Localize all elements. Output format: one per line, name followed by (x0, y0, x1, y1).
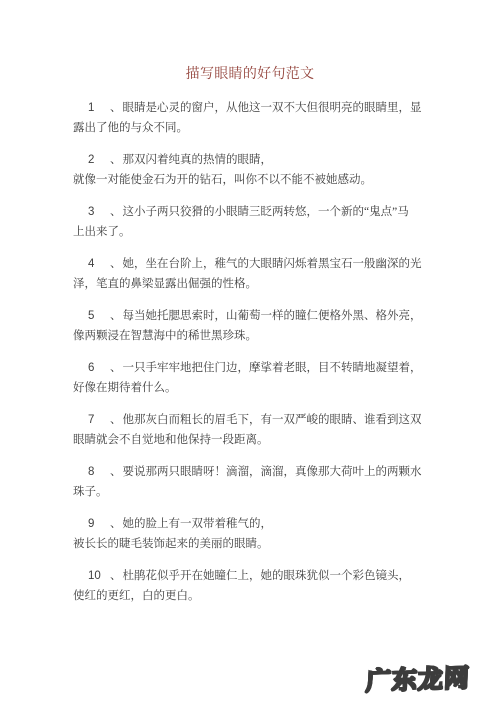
item-continuation-line: 露出了他的与众不同。 (73, 118, 428, 138)
item-continuation-line: 像两颗浸在智慧海中的稀世黑珍珠。 (73, 326, 428, 346)
item-text: 使红的更红，白的更白。 (73, 590, 200, 602)
item-continuation-line: 上出来了。 (73, 222, 428, 242)
item-enumerator-mark: 、 (110, 414, 122, 426)
item-text: 眼睛就会不自觉地和他保持一段距离。 (73, 434, 269, 446)
item-text: 她的脸上有一双带着稚气的， (123, 518, 273, 530)
list-item: 5、每当她托腮思索时，山葡萄一样的瞳仁便格外黑、格外亮，像两颗浸在智慧海中的稀世… (73, 306, 428, 346)
item-continuation-line: 好像在期待着什么。 (73, 378, 428, 398)
list-item: 2、那双闪着纯真的热情的眼睛，就像一对能使金石为开的钻石，叫你不以不能不被她感动… (73, 150, 428, 190)
list-item: 1、眼睛是心灵的窗户，从他这一双不大但很明亮的眼睛里，显露出了他的与众不同。 (73, 98, 428, 138)
item-enumerator-mark: 、 (110, 154, 122, 166)
page-title: 描写眼睛的好句范文 (0, 63, 500, 83)
item-text: 这小子两只狡猾的小眼睛三眨两转悠，一个新的“鬼点”马 (123, 206, 409, 218)
item-enumerator-mark: 、 (110, 102, 122, 114)
item-first-line: 8、要说那两只眼睛呀！滴溜，滴溜，真像那大荷叶上的两颗水 (73, 462, 428, 482)
item-number: 9 (88, 514, 102, 534)
list-item: 6、一只手牢牢地把住门边，摩挲着老眼，目不转睛地凝望着，好像在期待着什么。 (73, 358, 428, 398)
item-continuation-line: 就像一对能使金石为开的钻石，叫你不以不能不被她感动。 (73, 170, 428, 190)
item-text: 要说那两只眼睛呀！滴溜，滴溜，真像那大荷叶上的两颗水 (123, 466, 422, 478)
item-text: 他那灰白而粗长的眉毛下，有一双严峻的眼睛、谁看到这双 (123, 414, 422, 426)
item-continuation-line: 泽，笔直的鼻梁显露出倔强的性格。 (73, 274, 428, 294)
item-first-line: 9、她的脸上有一双带着稚气的， (73, 514, 428, 534)
watermark: 广东龙网 (357, 658, 478, 698)
item-continuation-line: 使红的更红，白的更白。 (73, 586, 428, 606)
item-first-line: 2、那双闪着纯真的热情的眼睛， (73, 150, 428, 170)
list-item: 8、要说那两只眼睛呀！滴溜，滴溜，真像那大荷叶上的两颗水珠子。 (73, 462, 428, 502)
item-text: 被长长的睫毛装饰起来的美丽的眼睛。 (73, 538, 269, 550)
item-text: 像两颗浸在智慧海中的稀世黑珍珠。 (73, 330, 257, 342)
item-enumerator-mark: 、 (110, 570, 122, 582)
list-item: 10、杜鹃花似乎开在她瞳仁上，她的眼珠犹似一个彩色镜头，使红的更红，白的更白。 (73, 566, 428, 606)
item-text: 就像一对能使金石为开的钻石，叫你不以不能不被她感动。 (73, 174, 372, 186)
sentence-list: 1、眼睛是心灵的窗户，从他这一双不大但很明亮的眼睛里，显露出了他的与众不同。2、… (73, 98, 428, 618)
item-number: 7 (88, 410, 102, 430)
item-enumerator-mark: 、 (110, 518, 122, 530)
item-first-line: 4、她，坐在台阶上，稚气的大眼睛闪烁着黑宝石一般幽深的光 (73, 254, 428, 274)
item-text: 杜鹃花似乎开在她瞳仁上，她的眼珠犹似一个彩色镜头， (123, 570, 411, 582)
item-first-line: 5、每当她托腮思索时，山葡萄一样的瞳仁便格外黑、格外亮， (73, 306, 428, 326)
item-number: 4 (88, 254, 102, 274)
item-continuation-line: 被长长的睫毛装饰起来的美丽的眼睛。 (73, 534, 428, 554)
item-enumerator-mark: 、 (110, 206, 122, 218)
item-enumerator-mark: 、 (110, 362, 122, 374)
document-page: 描写眼睛的好句范文 1、眼睛是心灵的窗户，从他这一双不大但很明亮的眼睛里，显露出… (0, 0, 500, 707)
item-text: 珠子。 (73, 486, 108, 498)
item-number: 6 (88, 358, 102, 378)
item-first-line: 1、眼睛是心灵的窗户，从他这一双不大但很明亮的眼睛里，显 (73, 98, 428, 118)
item-text: 那双闪着纯真的热情的眼睛， (123, 154, 273, 166)
item-number: 10 (88, 566, 102, 586)
list-item: 7、他那灰白而粗长的眉毛下，有一双严峻的眼睛、谁看到这双眼睛就会不自觉地和他保持… (73, 410, 428, 450)
item-continuation-line: 珠子。 (73, 482, 428, 502)
item-text: 泽，笔直的鼻梁显露出倔强的性格。 (73, 278, 257, 290)
item-text: 露出了他的与众不同。 (73, 122, 188, 134)
list-item: 4、她，坐在台阶上，稚气的大眼睛闪烁着黑宝石一般幽深的光泽，笔直的鼻梁显露出倔强… (73, 254, 428, 294)
item-enumerator-mark: 、 (110, 310, 122, 322)
item-number: 3 (88, 202, 102, 222)
item-enumerator-mark: 、 (110, 258, 122, 270)
item-text: 她，坐在台阶上，稚气的大眼睛闪烁着黑宝石一般幽深的光 (123, 258, 422, 270)
item-number: 8 (88, 462, 102, 482)
list-item: 9、她的脸上有一双带着稚气的，被长长的睫毛装饰起来的美丽的眼睛。 (73, 514, 428, 554)
item-text: 每当她托腮思索时，山葡萄一样的瞳仁便格外黑、格外亮， (123, 310, 422, 322)
item-first-line: 3、这小子两只狡猾的小眼睛三眨两转悠，一个新的“鬼点”马 (73, 202, 428, 222)
item-text: 眼睛是心灵的窗户，从他这一双不大但很明亮的眼睛里，显 (123, 102, 422, 114)
item-first-line: 7、他那灰白而粗长的眉毛下，有一双严峻的眼睛、谁看到这双 (73, 410, 428, 430)
item-text: 一只手牢牢地把住门边，摩挲着老眼，目不转睛地凝望着， (123, 362, 422, 374)
item-first-line: 10、杜鹃花似乎开在她瞳仁上，她的眼珠犹似一个彩色镜头， (73, 566, 428, 586)
item-first-line: 6、一只手牢牢地把住门边，摩挲着老眼，目不转睛地凝望着， (73, 358, 428, 378)
item-text: 好像在期待着什么。 (73, 382, 177, 394)
item-number: 2 (88, 150, 102, 170)
item-continuation-line: 眼睛就会不自觉地和他保持一段距离。 (73, 430, 428, 450)
list-item: 3、这小子两只狡猾的小眼睛三眨两转悠，一个新的“鬼点”马上出来了。 (73, 202, 428, 242)
item-text: 上出来了。 (73, 226, 131, 238)
item-number: 1 (88, 98, 102, 118)
item-enumerator-mark: 、 (110, 466, 122, 478)
item-number: 5 (88, 306, 102, 326)
